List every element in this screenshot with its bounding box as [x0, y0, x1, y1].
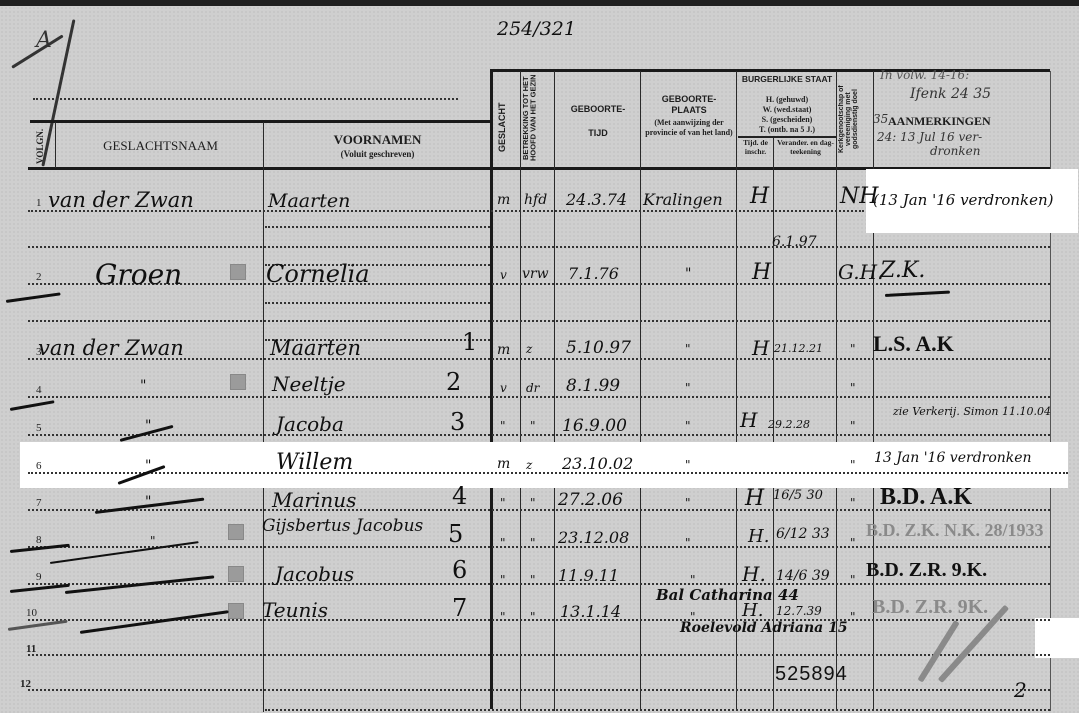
surname: van der Zwan [48, 188, 194, 212]
col-divider-right-edge [1050, 71, 1051, 711]
birth-date: 8.1.99 [566, 376, 620, 396]
header-top-line-left [30, 120, 492, 123]
relation: hfd [524, 192, 547, 208]
pencil-check-mark [917, 620, 959, 683]
church: " [850, 458, 856, 472]
spouse-note: Roelevold Adriana 15 [680, 620, 848, 636]
relation: z [526, 342, 532, 356]
header-geboorteplaats-2: PLAATS [642, 105, 736, 115]
strike-stroke [6, 292, 61, 303]
header-geboortetijd-1: GEBOORTE- [556, 104, 640, 114]
archive-number: 254/321 [497, 18, 576, 40]
civil-status-date: 21.12.21 [774, 342, 823, 355]
church: " [850, 381, 856, 395]
header-bs-t: T. (ontb. na 5 J.) [740, 125, 834, 134]
row-line-5 [28, 434, 1050, 436]
row-line-1b [28, 246, 1050, 248]
remarks: B.D. Z.R. 9.K. [866, 559, 987, 582]
child-number: 3 [450, 408, 465, 436]
civil-status-date: 6/12 33 [776, 526, 830, 542]
relation: " [530, 573, 536, 587]
header-note-line4: 24: 13 Jul 16 ver- [877, 130, 982, 144]
stamp-number: 525894 [775, 663, 848, 686]
civil-status: H [740, 408, 757, 432]
given-name: Cornelia [266, 260, 370, 288]
given-name: Marinus [272, 488, 356, 512]
col-divider-geboortetijd [640, 71, 641, 711]
surname: " [150, 534, 156, 548]
row-line-2b [28, 320, 1050, 322]
given-name: Neeltje [272, 372, 346, 396]
civil-status: H. [742, 600, 763, 621]
header-bs-h: H. (gehuwd) [740, 95, 834, 104]
col-divider-geslacht [520, 71, 521, 711]
sex: v [500, 268, 507, 282]
stamp-square-icon [228, 566, 244, 582]
header-note-line2: Ifenk 24 35 [910, 86, 991, 102]
header-kerkgenootschap: Kerkgenootschap of vereeniging met godsd… [838, 72, 872, 166]
remarks: B.D. Z.K. N.K. 28/1933 [866, 520, 1044, 541]
row-number: 1 [36, 197, 42, 209]
row-line-8 [28, 546, 1050, 548]
col-divider-volgnr [55, 122, 56, 168]
row-sub-line [265, 302, 490, 304]
relation: " [530, 496, 536, 510]
row-number: 12 [20, 678, 31, 690]
header-geslacht: GESLACHT [498, 94, 507, 160]
civil-status-date: 14/6 39 [776, 568, 830, 584]
header-voornamen: VOORNAMEN [265, 132, 490, 148]
sex: " [500, 573, 506, 587]
corner-mark: A [36, 28, 52, 53]
header-note-line5: dronken [930, 144, 980, 158]
strike-stroke [10, 400, 55, 411]
col-divider-burgerlijke-staat [836, 71, 837, 711]
header-bs-verander: Verander. en dag-teekening [775, 138, 836, 156]
civil-status-date: 16/5 30 [773, 488, 823, 503]
header-volgnr: VOLGN. [36, 126, 45, 166]
col-divider-geboorteplaats [736, 71, 737, 711]
given-name: Maarten [270, 336, 361, 360]
row-line-bottom [265, 709, 1050, 711]
birth-date: 7.1.76 [568, 264, 619, 283]
row-number: 9 [36, 571, 42, 583]
sex: " [500, 610, 506, 624]
spouse-note: Bal Catharina 44 [656, 586, 799, 604]
child-number: 1 [462, 328, 477, 356]
birth-place: " [685, 419, 691, 433]
birth-place: Kralingen [643, 190, 723, 209]
civil-status: H [752, 336, 769, 360]
header-geboortetijd-2: TIJD [556, 128, 640, 138]
row-line-6 [28, 472, 1068, 474]
sex: " [500, 536, 506, 550]
row-number: 11 [26, 643, 36, 655]
header-geboorteplaats-1: GEBOORTE- [642, 94, 736, 105]
sex: m [497, 192, 510, 208]
remarks: L.S. A.K [873, 331, 954, 357]
header-burgerlijke-staat: BURGERLIJKE STAAT [740, 74, 834, 84]
church: " [850, 573, 856, 587]
birth-date: 5.10.97 [566, 338, 631, 358]
civil-status-date: 29.2.28 [768, 418, 810, 431]
birth-date: 23.10.02 [562, 454, 633, 473]
given-name: Jacobus [275, 562, 354, 586]
strike-stroke [10, 584, 70, 593]
header-bs-tijd: Tijd. de inschr. [738, 138, 773, 156]
relation: vrw [522, 266, 549, 282]
church: " [850, 610, 856, 624]
strike-stroke [80, 610, 229, 634]
population-register-card: 254/321 A VOLGN. GESLACHTSNAAM VOORNAMEN… [0, 0, 1079, 713]
remarks: (13 Jan '16 verdronken) [873, 191, 1054, 209]
birth-place: " [685, 496, 691, 510]
row-line-12 [28, 689, 1050, 691]
sex: " [500, 496, 506, 510]
birth-date: 27.2.06 [558, 490, 623, 510]
row-number: 4 [36, 384, 42, 396]
header-note-line3: 35 [873, 112, 888, 126]
church: " [850, 342, 856, 356]
civil-status: H [752, 260, 771, 285]
birth-date: 24.3.74 [566, 190, 627, 209]
sex: m [497, 456, 510, 472]
birth-place: " [685, 536, 691, 550]
header-geboorteplaats-sub: (Met aanwijzing der provincie of van het… [644, 118, 734, 138]
header-voornamen-sub: (Voluit geschreven) [265, 149, 490, 159]
surname: Groen [95, 258, 182, 291]
given-name: Willem [276, 450, 353, 475]
civil-status: H. [742, 562, 766, 586]
birth-place: " [685, 266, 691, 282]
remarks: Z.K. [880, 258, 925, 283]
given-name: Maarten [268, 190, 350, 212]
birth-place: " [690, 573, 696, 587]
relation: " [530, 419, 536, 433]
civil-status: H. [748, 526, 769, 547]
birth-date: 16.9.00 [562, 416, 627, 436]
birth-date: 23.12.08 [558, 528, 629, 547]
birth-place: " [685, 381, 691, 395]
church: " [850, 496, 856, 510]
remarks: B.D. Z.R. 9K. [872, 596, 988, 619]
paper-damage [1035, 618, 1079, 658]
strike-stroke [50, 541, 199, 564]
stamp-square-icon [230, 374, 246, 390]
given-name: Teunis [262, 598, 328, 622]
civil-status: H [750, 184, 769, 209]
child-number: 5 [448, 520, 463, 548]
stamp-square-icon [230, 264, 246, 280]
birth-place: " [685, 458, 691, 472]
header-aanmerkingen: AANMERKINGEN [888, 114, 1018, 129]
child-number: 4 [452, 482, 467, 510]
birth-date: 13.1.14 [560, 602, 621, 621]
relation: " [530, 610, 536, 624]
remarks: B.D. A.K [880, 484, 972, 511]
sex: m [497, 342, 510, 358]
civil-status-date: 12.7.39 [776, 604, 822, 618]
underline-stroke [885, 291, 950, 297]
row-line-4 [28, 396, 1050, 398]
header-dotted-line [33, 98, 458, 100]
birth-place: " [685, 342, 691, 356]
child-number: 6 [452, 556, 467, 584]
relation: " [530, 536, 536, 550]
col-divider-betrekking [554, 71, 555, 711]
child-number: 2 [446, 368, 461, 396]
surname: van der Zwan [38, 336, 184, 360]
stamp-square-icon [228, 524, 244, 540]
church: " [850, 536, 856, 550]
row-number: 8 [36, 534, 42, 546]
child-number: 7 [452, 594, 467, 622]
birth-date: 11.9.11 [558, 566, 619, 585]
page-number: 2 [1014, 678, 1027, 702]
remarks: 13 Jan '16 verdronken [874, 450, 1032, 466]
row-number: 2 [36, 271, 42, 283]
row-number: 10 [26, 607, 37, 619]
header-geslachtsnaam: GESLACHTSNAAM [58, 138, 263, 154]
row-number: 7 [36, 497, 42, 509]
row-line-9 [28, 583, 1050, 585]
row-line-11 [28, 654, 1050, 656]
header-bs-w: W. (wed.staat) [740, 105, 834, 114]
row-number: 5 [36, 422, 42, 434]
civil-status: H [745, 486, 764, 511]
given-name: Jacoba [276, 412, 344, 436]
header-note-line1: In volw. 14-16: [880, 68, 969, 82]
remarks: zie Verkerij. Simon 11.10.04 [876, 404, 1051, 419]
header-bs-s: S. (gescheiden) [740, 115, 834, 124]
row-sub-line [265, 226, 490, 228]
relation: dr [526, 381, 539, 395]
sex: " [500, 419, 506, 433]
strike-stroke [8, 620, 68, 631]
church: " [850, 419, 856, 433]
relation: z [526, 458, 532, 472]
stamp-square-icon [228, 603, 244, 619]
row-number: 6 [36, 460, 42, 472]
sex: v [500, 381, 507, 395]
church: G.H. [838, 260, 883, 284]
civil-status-date: 6.1.97 [772, 234, 817, 250]
surname: " [140, 378, 146, 394]
header-betrekking: BETREKKING TOT HET HOOFD VAN HET GEZIN [522, 72, 552, 164]
col-divider-voornamen [490, 69, 493, 709]
